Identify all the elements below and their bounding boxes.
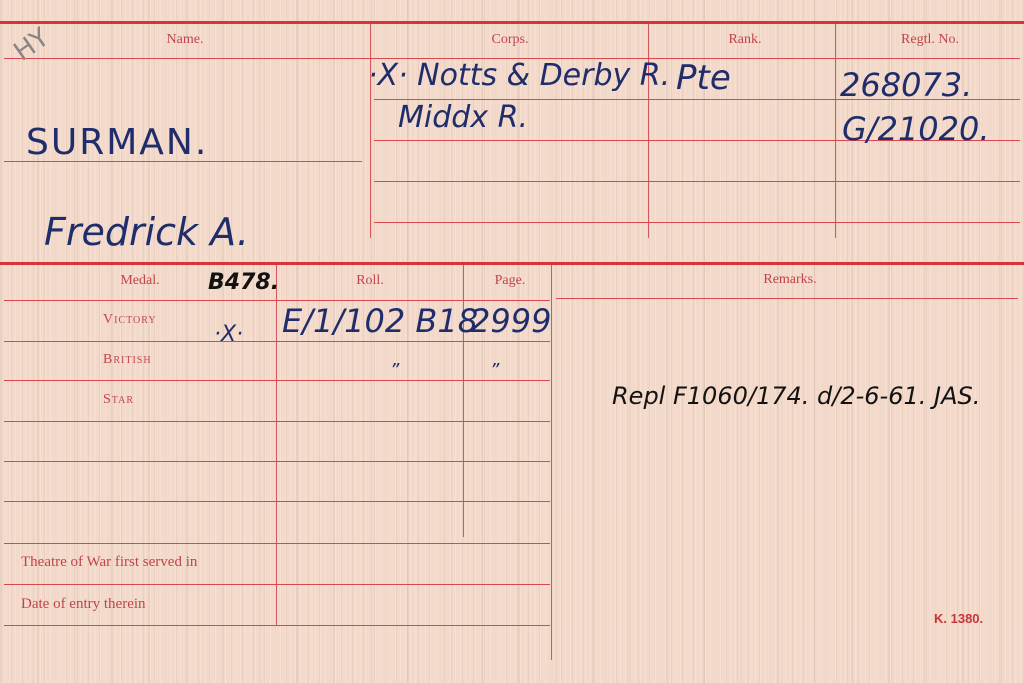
date-label: Date of entry therein (21, 596, 146, 613)
header-corps: Corps. (460, 32, 560, 48)
medal-label-british: British (103, 352, 152, 368)
row-line-3 (374, 181, 1020, 182)
header-medal: Medal. (90, 273, 190, 289)
medal-row-line-5 (4, 501, 550, 502)
victory-page: 2999 (470, 302, 551, 340)
corps-line-1: ·X· Notts & Derby R. (368, 58, 670, 93)
british-roll-ditto: ” (390, 360, 399, 381)
medal-row-line-2 (4, 380, 550, 381)
forenames: Fredrick A. (44, 210, 249, 254)
top-rule (0, 21, 1024, 24)
divider-name-corps (370, 24, 371, 238)
medal-row-line-4 (4, 461, 550, 462)
surname: SURMAN. (26, 122, 208, 163)
form-number: K. 1380. (934, 611, 983, 626)
header-name: Name. (130, 32, 240, 48)
pencil-mark: HY (9, 23, 55, 68)
victory-roll: E/1/102 B18 (282, 302, 478, 340)
rank-value: Pte (676, 58, 731, 98)
header-regtl-no: Regtl. No. (870, 32, 990, 48)
remarks-header-underline (556, 298, 1018, 299)
header-rank: Rank. (695, 32, 795, 48)
british-page-ditto: ” (490, 360, 499, 381)
medal-row-line-8 (4, 625, 550, 626)
medal-row-line-6 (4, 543, 550, 544)
remarks-text: Repl F1060/174. d/2-6-61. JAS. (612, 382, 980, 410)
medal-row-line-3 (4, 421, 550, 422)
medal-label-victory: Victory (103, 312, 157, 328)
divider-corps-rank (648, 24, 649, 238)
medal-label-star: Star (103, 392, 134, 408)
medal-header-underline (4, 300, 550, 301)
medal-row-line-7 (4, 584, 550, 585)
corps-line-2: Middx R. (398, 100, 528, 135)
theatre-label: Theatre of War first served in (21, 554, 197, 571)
divider-medal-roll (276, 265, 277, 625)
row-line-4 (374, 222, 1020, 223)
regtl-number-1: 268073. (840, 66, 972, 104)
header-page: Page. (460, 273, 560, 289)
header-remarks: Remarks. (730, 272, 850, 288)
middle-rule (0, 262, 1024, 265)
medal-index-card: Name. Corps. Rank. Regtl. No. HY SURMAN.… (0, 0, 1024, 683)
medal-reference: B478. (208, 270, 279, 295)
medal-row-line-1 (4, 341, 550, 342)
header-roll: Roll. (320, 273, 420, 289)
regtl-number-2: G/21020. (842, 110, 990, 148)
victory-mark: ·X· (214, 322, 243, 347)
divider-rank-regtl (835, 24, 836, 238)
